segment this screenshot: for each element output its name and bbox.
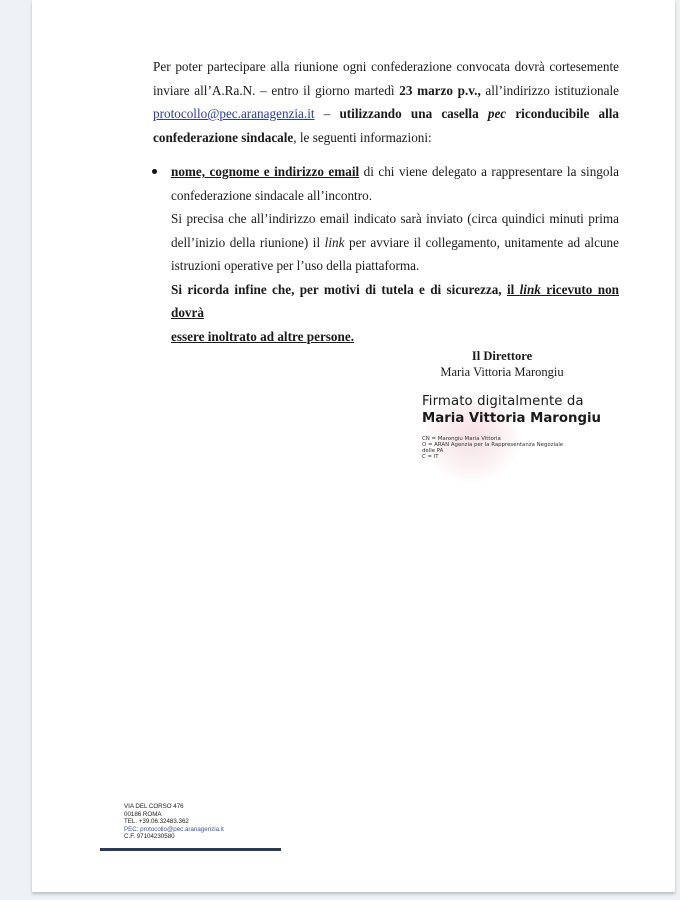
bullet-text: di chi viene delegato a rappresentare la… <box>359 164 619 179</box>
required-fields: nome, cognome e indirizzo email <box>171 164 359 179</box>
footer-divider <box>100 848 281 851</box>
deadline-date: 23 marzo p.v., <box>399 83 481 98</box>
email-link[interactable]: protocollo@pec.aranagenzia.it <box>153 106 315 121</box>
security-notice-emphasis: essere inoltrato ad altre persone. <box>171 329 354 344</box>
footer-pec[interactable]: PEC: protocollo@pec.aranagenzia.it <box>124 826 224 834</box>
intro-text: inviare all’A.Ra.N. – entro il giorno ma… <box>153 83 399 98</box>
bullet-line-4: dell’inizio della riunione) il link per … <box>171 231 619 255</box>
bullet-text: confederazione sindacale all’incontro. <box>171 188 372 203</box>
intro-text: Per poter partecipare alla riunione ogni… <box>153 59 619 74</box>
digital-signature: Firmato digitalmente da Maria Vittoria M… <box>422 393 642 460</box>
bullet-list-item: nome, cognome e indirizzo email di chi v… <box>171 160 619 348</box>
bullet-line-2: confederazione sindacale all’incontro. <box>171 184 619 208</box>
intro-line-3: protocollo@pec.aranagenzia.it – utilizza… <box>153 102 619 126</box>
digital-signature-label: Firmato digitalmente da <box>422 393 642 410</box>
footer-city: 00186 ROMA <box>124 811 224 819</box>
signature-details: CN = Marongiu Maria Vittoria O = ARAN Ag… <box>422 436 642 460</box>
footer-phone: TEL. +39.06.32483.362 <box>124 818 224 826</box>
pec-term: pec <box>488 106 506 121</box>
intro-text: , le seguenti informazioni: <box>293 130 431 145</box>
intro-bold-text: utilizzando una casella <box>339 106 487 121</box>
intro-line-2: inviare all’A.Ra.N. – entro il giorno ma… <box>153 79 619 103</box>
document-page: Per poter partecipare alla riunione ogni… <box>32 0 675 892</box>
bullet-text: istruzioni operative per l’uso della pia… <box>171 258 419 273</box>
bullet-line-3: Si precisa che all’indirizzo email indic… <box>171 207 619 231</box>
link-term: link <box>325 235 345 250</box>
bullet-line-5: istruzioni operative per l’uso della pia… <box>171 254 619 278</box>
bullet-text: dell’inizio della riunione) il <box>171 235 325 250</box>
bullet-line-7: essere inoltrato ad altre persone. <box>171 325 619 349</box>
intro-line-1: Per poter partecipare alla riunione ogni… <box>153 55 619 79</box>
bullet-line-6: Si ricorda infine che, per motivi di tut… <box>171 278 619 325</box>
footer-street: VIA DEL CORSO 476 <box>124 803 224 811</box>
intro-text: all’indirizzo istituzionale <box>481 83 619 98</box>
digital-signature-name: Maria Vittoria Marongiu <box>422 410 642 427</box>
director-title: Il Direttore <box>412 348 592 364</box>
footer-tax-code: C.F. 97104230580 <box>124 833 224 841</box>
director-block: Il Direttore Maria Vittoria Marongiu <box>412 348 592 380</box>
intro-bold-text: confederazione sindacale <box>153 130 293 145</box>
bullet-text: per avviare il collegamento, unitamente … <box>344 235 619 250</box>
intro-line-4: confederazione sindacale, le seguenti in… <box>153 126 619 150</box>
bullet-text: Si precisa che all’indirizzo email indic… <box>171 211 619 226</box>
director-name: Maria Vittoria Marongiu <box>412 364 592 380</box>
dash: – <box>315 106 340 121</box>
security-notice: Si ricorda infine che, per motivi di tut… <box>171 282 507 297</box>
signature-country: C = IT <box>422 454 642 460</box>
footer-address: VIA DEL CORSO 476 00186 ROMA TEL. +39.06… <box>124 803 224 841</box>
bullet-icon <box>152 169 157 174</box>
intro-bold-text: riconducibile alla <box>506 106 619 121</box>
intro-paragraph: Per poter partecipare alla riunione ogni… <box>153 55 619 149</box>
security-notice-emphasis: il <box>507 282 520 297</box>
security-notice-emphasis: link <box>520 282 541 297</box>
bullet-line-1: nome, cognome e indirizzo email di chi v… <box>171 160 619 184</box>
